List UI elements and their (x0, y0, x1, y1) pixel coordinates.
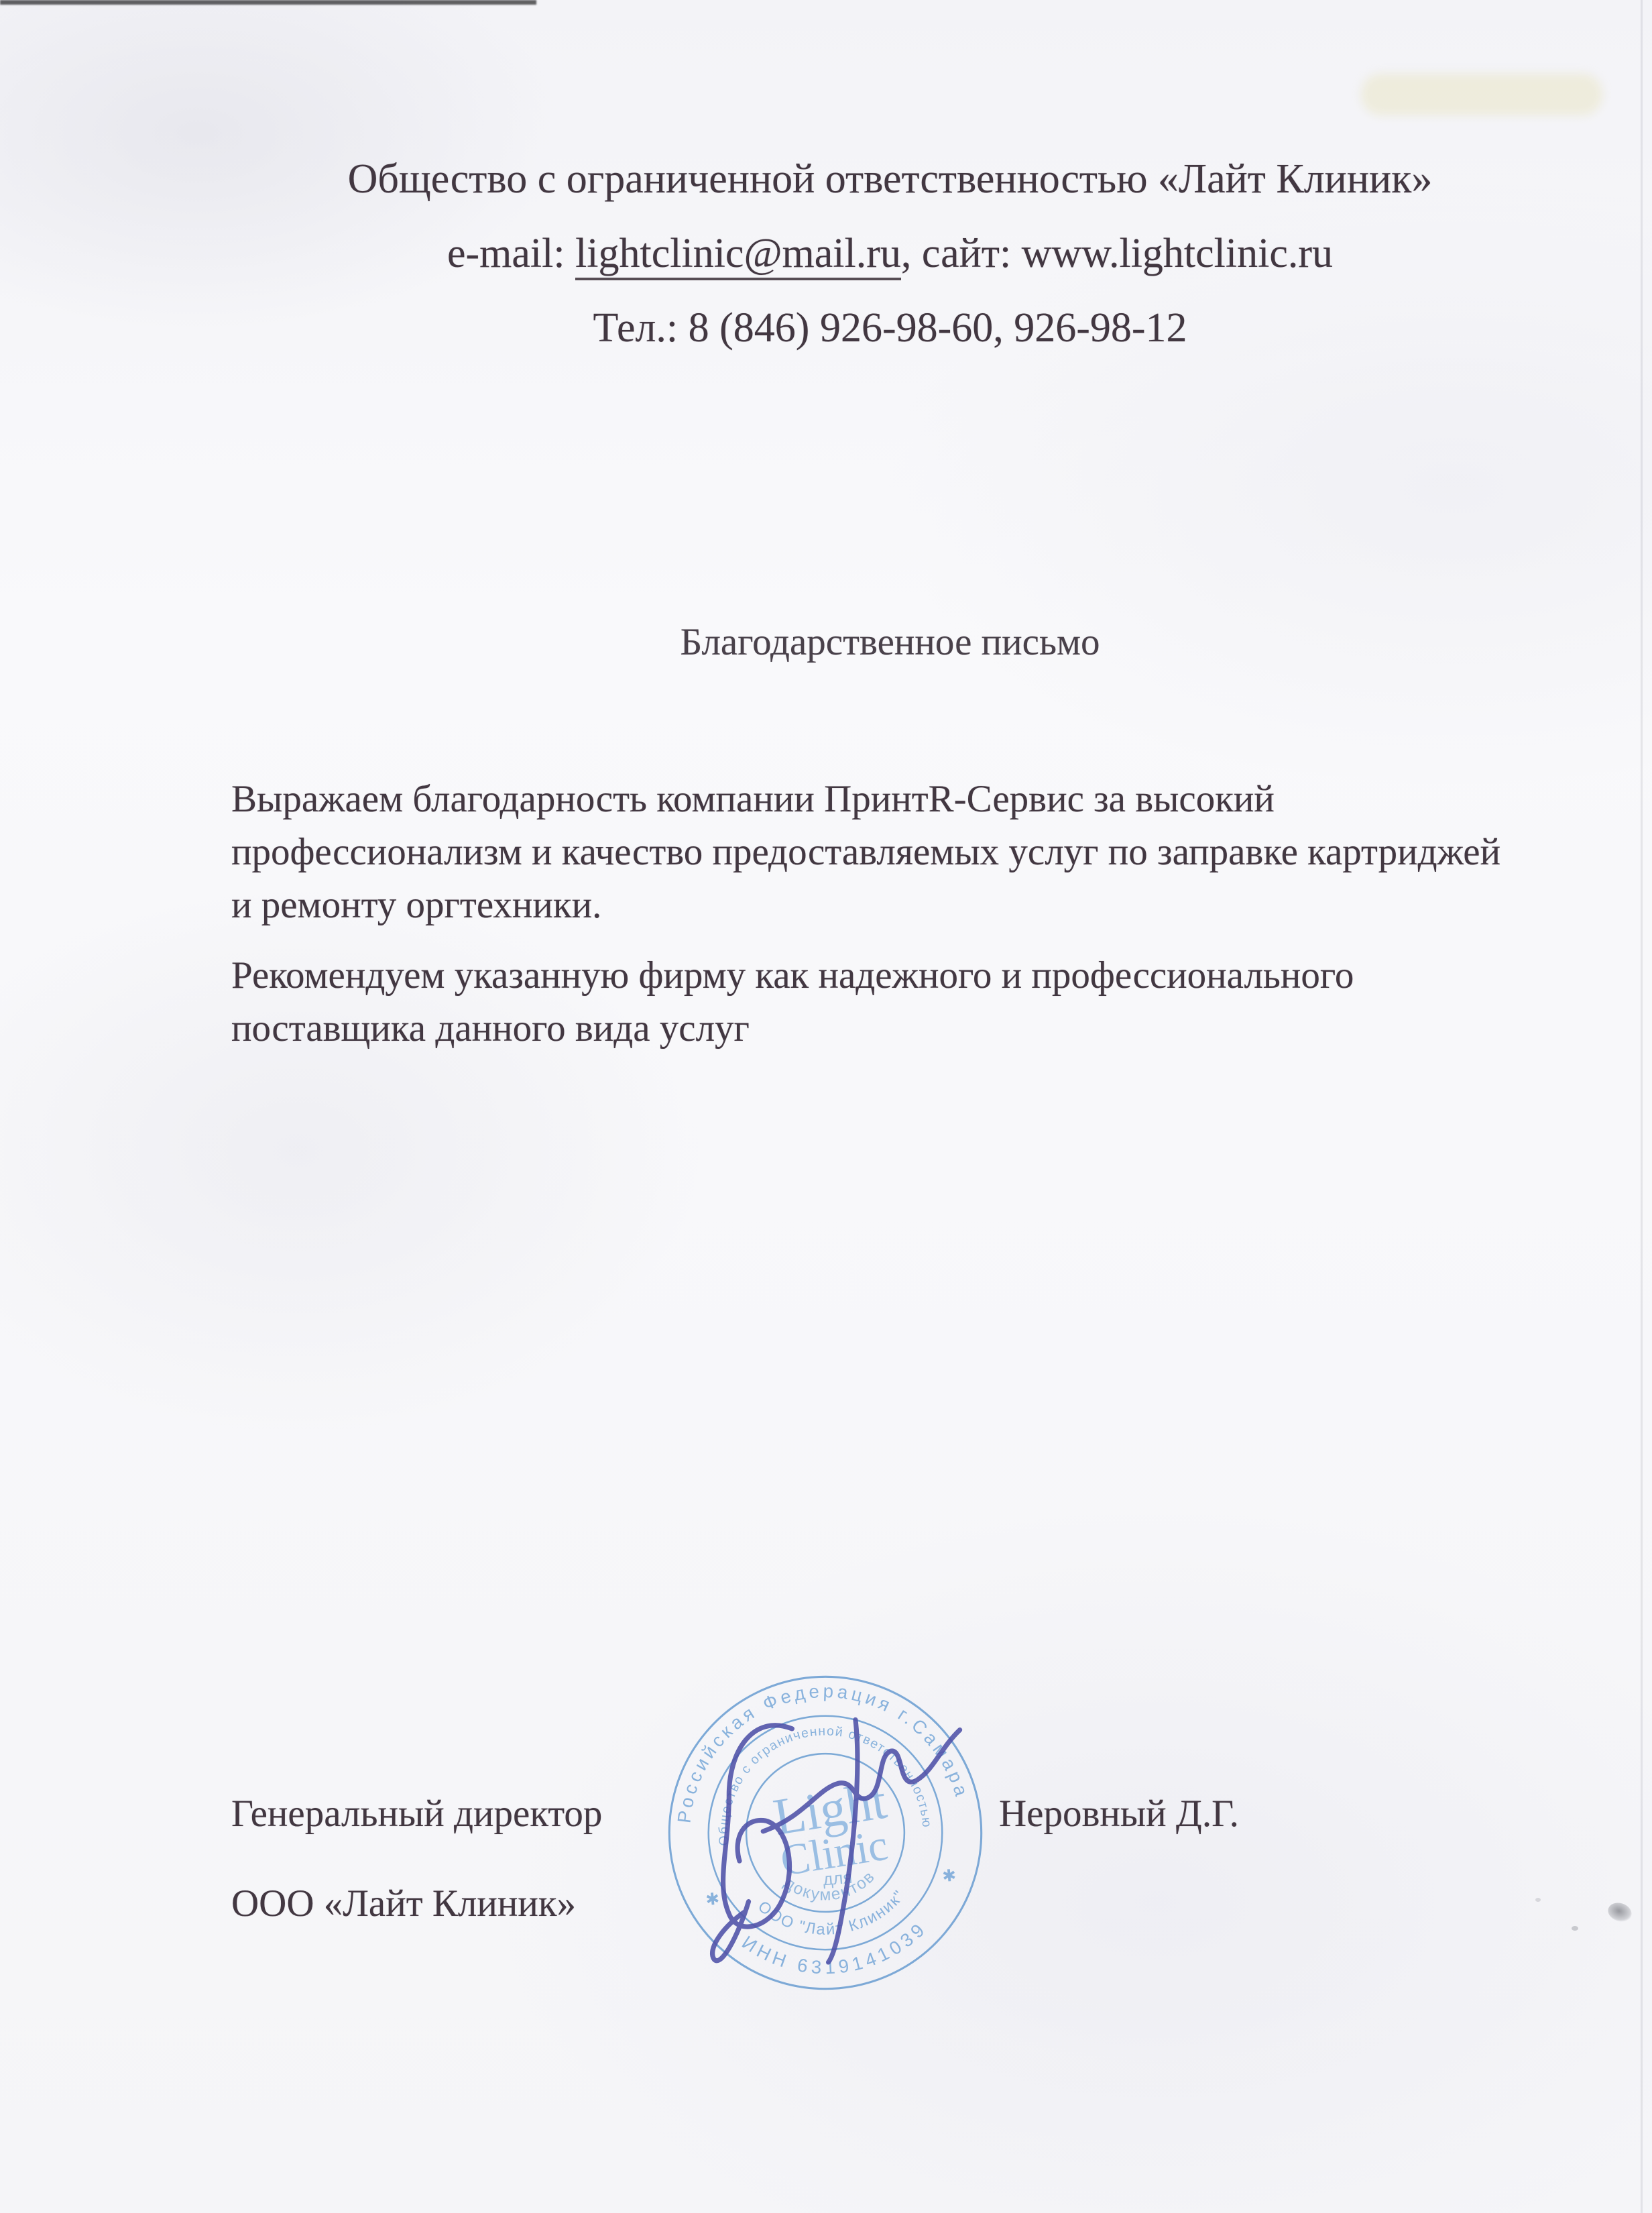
text-line: Выражаем благодарность компании ПринтR-С… (231, 773, 1500, 826)
signer-position: Генеральный директор (231, 1792, 602, 1835)
letter-title: Благодарственное письмо (231, 620, 1549, 664)
phone-line: Тел.: 8 (846) 926-98-60, 926-98-12 (231, 291, 1549, 365)
scanned-letter-page: Общество с ограниченной ответственностью… (0, 0, 1652, 2213)
stamp-rings: Российская Федерация г.Самара ИНН 631914… (656, 1664, 994, 2002)
paper-speck-small (1572, 1926, 1578, 1931)
paper-speck (1606, 1900, 1635, 1925)
text-line: Рекомендуем указанную фирму как надежног… (231, 949, 1354, 1002)
stamp-star-right: ✱ (941, 1866, 957, 1886)
signer-name: Неровный Д.Г. (999, 1792, 1239, 1835)
text-line: профессионализм и качество предоставляем… (231, 826, 1500, 878)
website-label: , сайт: www.lightclinic.ru (901, 231, 1333, 276)
email-link: lightclinic@mail.ru (575, 231, 901, 280)
company-stamp: Российская Федерация г.Самара ИНН 631914… (646, 1654, 1004, 2011)
text-line: поставщика данного вида услуг (231, 1002, 1354, 1055)
stamp-star-left: ✱ (705, 1890, 720, 1909)
paper-discoloration (1361, 74, 1602, 115)
contact-line: e-mail: lightclinic@mail.ru, сайт: www.l… (231, 217, 1549, 291)
paragraph-gratitude: Выражаем благодарность компании ПринтR-С… (231, 773, 1500, 931)
letterhead: Общество с ограниченной ответственностью… (231, 142, 1549, 365)
paper-speck-small (1535, 1898, 1541, 1902)
text-line: и ремонту оргтехники. (231, 878, 1500, 931)
email-label: e-mail: (447, 231, 575, 276)
company-name: Общество с ограниченной ответственностью… (231, 142, 1549, 217)
scan-edge-artifact (0, 0, 536, 5)
paragraph-recommendation: Рекомендуем указанную фирму как надежног… (231, 949, 1354, 1055)
scan-edge-right (1641, 0, 1643, 2213)
signer-company: ООО «Лайт Клиник» (231, 1882, 576, 1925)
